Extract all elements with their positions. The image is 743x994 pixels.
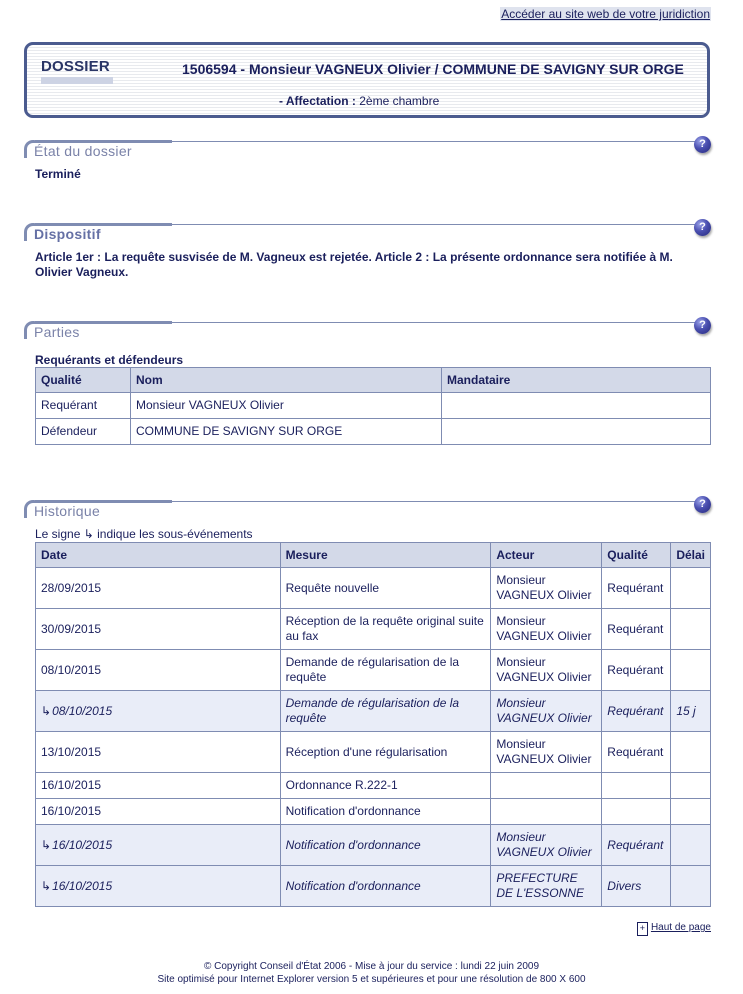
help-icon[interactable]: ? (694, 496, 711, 513)
table-row: RequérantMonsieur VAGNEUX Olivier (36, 393, 711, 419)
cell-delai (671, 773, 711, 799)
affectation-label: - Affectation : (279, 94, 356, 108)
cell-mesure: Ordonnance R.222-1 (280, 773, 491, 799)
table-row: 13/10/2015Réception d'une régularisation… (36, 732, 711, 773)
cell-date: 08/10/2015 (36, 650, 281, 691)
cell-acteur: Monsieur VAGNEUX Olivier (491, 650, 602, 691)
footer-copyright: © Copyright Conseil d'État 2006 - Mise à… (0, 960, 743, 973)
etat-value: Terminé (35, 167, 81, 182)
cell-delai: 15 j (671, 691, 711, 732)
dossier-affectation: - Affectation : 2ème chambre (279, 94, 439, 108)
cell-delai (671, 799, 711, 825)
table-row-sub-event: ↳16/10/2015Notification d'ordonnancePREF… (36, 866, 711, 907)
section-etat-header: État du dossier ? (24, 140, 711, 160)
cell-mandataire (442, 419, 711, 445)
cell-acteur: PREFECTURE DE L'ESSONNE (491, 866, 602, 907)
table-row: 28/09/2015Requête nouvelleMonsieur VAGNE… (36, 568, 711, 609)
parties-table: Qualité Nom Mandataire RequérantMonsieur… (35, 367, 711, 445)
page-up-icon[interactable]: + (637, 922, 648, 936)
cell-date: 28/09/2015 (36, 568, 281, 609)
cell-acteur (491, 799, 602, 825)
cell-mesure: Demande de régularisation de la requête (280, 691, 491, 732)
cell-date: ↳16/10/2015 (36, 825, 281, 866)
col-date: Date (36, 543, 281, 568)
cell-qualite: Requérant (36, 393, 131, 419)
col-qualite: Qualité (602, 543, 671, 568)
cell-delai (671, 825, 711, 866)
sub-event-arrow-icon: ↳ (41, 838, 51, 852)
cell-date: ↳16/10/2015 (36, 866, 281, 907)
cell-delai (671, 866, 711, 907)
section-divider (172, 501, 697, 502)
table-row: 16/10/2015Notification d'ordonnance (36, 799, 711, 825)
table-row-sub-event: ↳16/10/2015Notification d'ordonnanceMons… (36, 825, 711, 866)
date-text: 16/10/2015 (52, 879, 112, 893)
col-nom: Nom (131, 368, 442, 393)
section-etat-title: État du dossier (34, 143, 132, 159)
col-delai: Délai (671, 543, 711, 568)
cell-nom: COMMUNE DE SAVIGNY SUR ORGE (131, 419, 442, 445)
cell-mesure: Notification d'ordonnance (280, 866, 491, 907)
cell-mesure: Notification d'ordonnance (280, 825, 491, 866)
table-row-sub-event: ↳08/10/2015Demande de régularisation de … (36, 691, 711, 732)
caption-text: indique les sous-événements (97, 527, 252, 541)
section-dispositif-header: Dispositif ? (24, 223, 711, 243)
section-divider (172, 322, 697, 323)
cell-nom: Monsieur VAGNEUX Olivier (131, 393, 442, 419)
section-divider (172, 224, 697, 225)
section-historique-title: Historique (34, 503, 100, 519)
historique-table: Date Mesure Acteur Qualité Délai 28/09/2… (35, 542, 711, 907)
cell-qualite (602, 799, 671, 825)
jurisdiction-link[interactable]: Accéder au site web de votre juridiction (500, 7, 711, 21)
caption-text: Le signe (35, 527, 80, 541)
cell-acteur: Monsieur VAGNEUX Olivier (491, 691, 602, 732)
cell-mesure: Notification d'ordonnance (280, 799, 491, 825)
cell-delai (671, 732, 711, 773)
sub-event-arrow-icon: ↳ (41, 704, 51, 718)
cell-date: 16/10/2015 (36, 799, 281, 825)
section-divider (172, 141, 697, 142)
parties-subtitle: Requérants et défendeurs (35, 353, 183, 368)
help-icon[interactable]: ? (694, 136, 711, 153)
cell-mesure: Requête nouvelle (280, 568, 491, 609)
cell-delai (671, 568, 711, 609)
cell-qualite: Défendeur (36, 419, 131, 445)
cell-mesure: Réception de la requête original suite a… (280, 609, 491, 650)
cell-acteur (491, 773, 602, 799)
section-parties-header: Parties ? (24, 321, 711, 341)
section-parties-title: Parties (34, 324, 80, 340)
section-dispositif-title: Dispositif (34, 226, 101, 242)
cell-mandataire (442, 393, 711, 419)
table-row: 08/10/2015Demande de régularisation de l… (36, 650, 711, 691)
help-icon[interactable]: ? (694, 317, 711, 334)
cell-qualite: Requérant (602, 568, 671, 609)
table-row: DéfendeurCOMMUNE DE SAVIGNY SUR ORGE (36, 419, 711, 445)
cell-qualite (602, 773, 671, 799)
footer: © Copyright Conseil d'État 2006 - Mise à… (0, 960, 743, 986)
cell-qualite: Divers (602, 866, 671, 907)
cell-acteur: Monsieur VAGNEUX Olivier (491, 568, 602, 609)
top-of-page[interactable]: +Haut de page (637, 922, 711, 936)
cell-date: 16/10/2015 (36, 773, 281, 799)
cell-qualite: Requérant (602, 609, 671, 650)
cell-mesure: Réception d'une régularisation (280, 732, 491, 773)
cell-acteur: Monsieur VAGNEUX Olivier (491, 609, 602, 650)
date-text: 16/10/2015 (52, 838, 112, 852)
affectation-value: 2ème chambre (359, 94, 439, 108)
cell-date: 13/10/2015 (36, 732, 281, 773)
table-row: 30/09/2015Réception de la requête origin… (36, 609, 711, 650)
col-acteur: Acteur (491, 543, 602, 568)
dossier-label-underline (41, 77, 113, 84)
footer-optimized: Site optimisé pour Internet Explorer ver… (0, 973, 743, 986)
date-text: 08/10/2015 (52, 704, 112, 718)
cell-delai (671, 650, 711, 691)
historique-caption: Le signe ↳ indique les sous-événements (35, 527, 253, 541)
section-historique-header: Historique ? (24, 500, 711, 520)
help-icon[interactable]: ? (694, 219, 711, 236)
sub-event-arrow-icon: ↳ (84, 527, 94, 541)
cell-qualite: Requérant (602, 825, 671, 866)
cell-acteur: Monsieur VAGNEUX Olivier (491, 825, 602, 866)
cell-mesure: Demande de régularisation de la requête (280, 650, 491, 691)
cell-delai (671, 609, 711, 650)
cell-qualite: Requérant (602, 650, 671, 691)
cell-acteur: Monsieur VAGNEUX Olivier (491, 732, 602, 773)
top-of-page-link[interactable]: Haut de page (651, 922, 711, 933)
cell-qualite: Requérant (602, 691, 671, 732)
dispositif-text: Article 1er : La requête susvisée de M. … (35, 250, 711, 280)
col-mandataire: Mandataire (442, 368, 711, 393)
col-mesure: Mesure (280, 543, 491, 568)
cell-date: 30/09/2015 (36, 609, 281, 650)
sub-event-arrow-icon: ↳ (41, 879, 51, 893)
cell-date: ↳08/10/2015 (36, 691, 281, 732)
table-row: 16/10/2015Ordonnance R.222-1 (36, 773, 711, 799)
dossier-label: DOSSIER (41, 58, 110, 75)
col-qualite: Qualité (36, 368, 131, 393)
dossier-title: 1506594 - Monsieur VAGNEUX Olivier / COM… (182, 61, 684, 77)
dossier-header: DOSSIER 1506594 - Monsieur VAGNEUX Olivi… (24, 42, 710, 118)
cell-qualite: Requérant (602, 732, 671, 773)
